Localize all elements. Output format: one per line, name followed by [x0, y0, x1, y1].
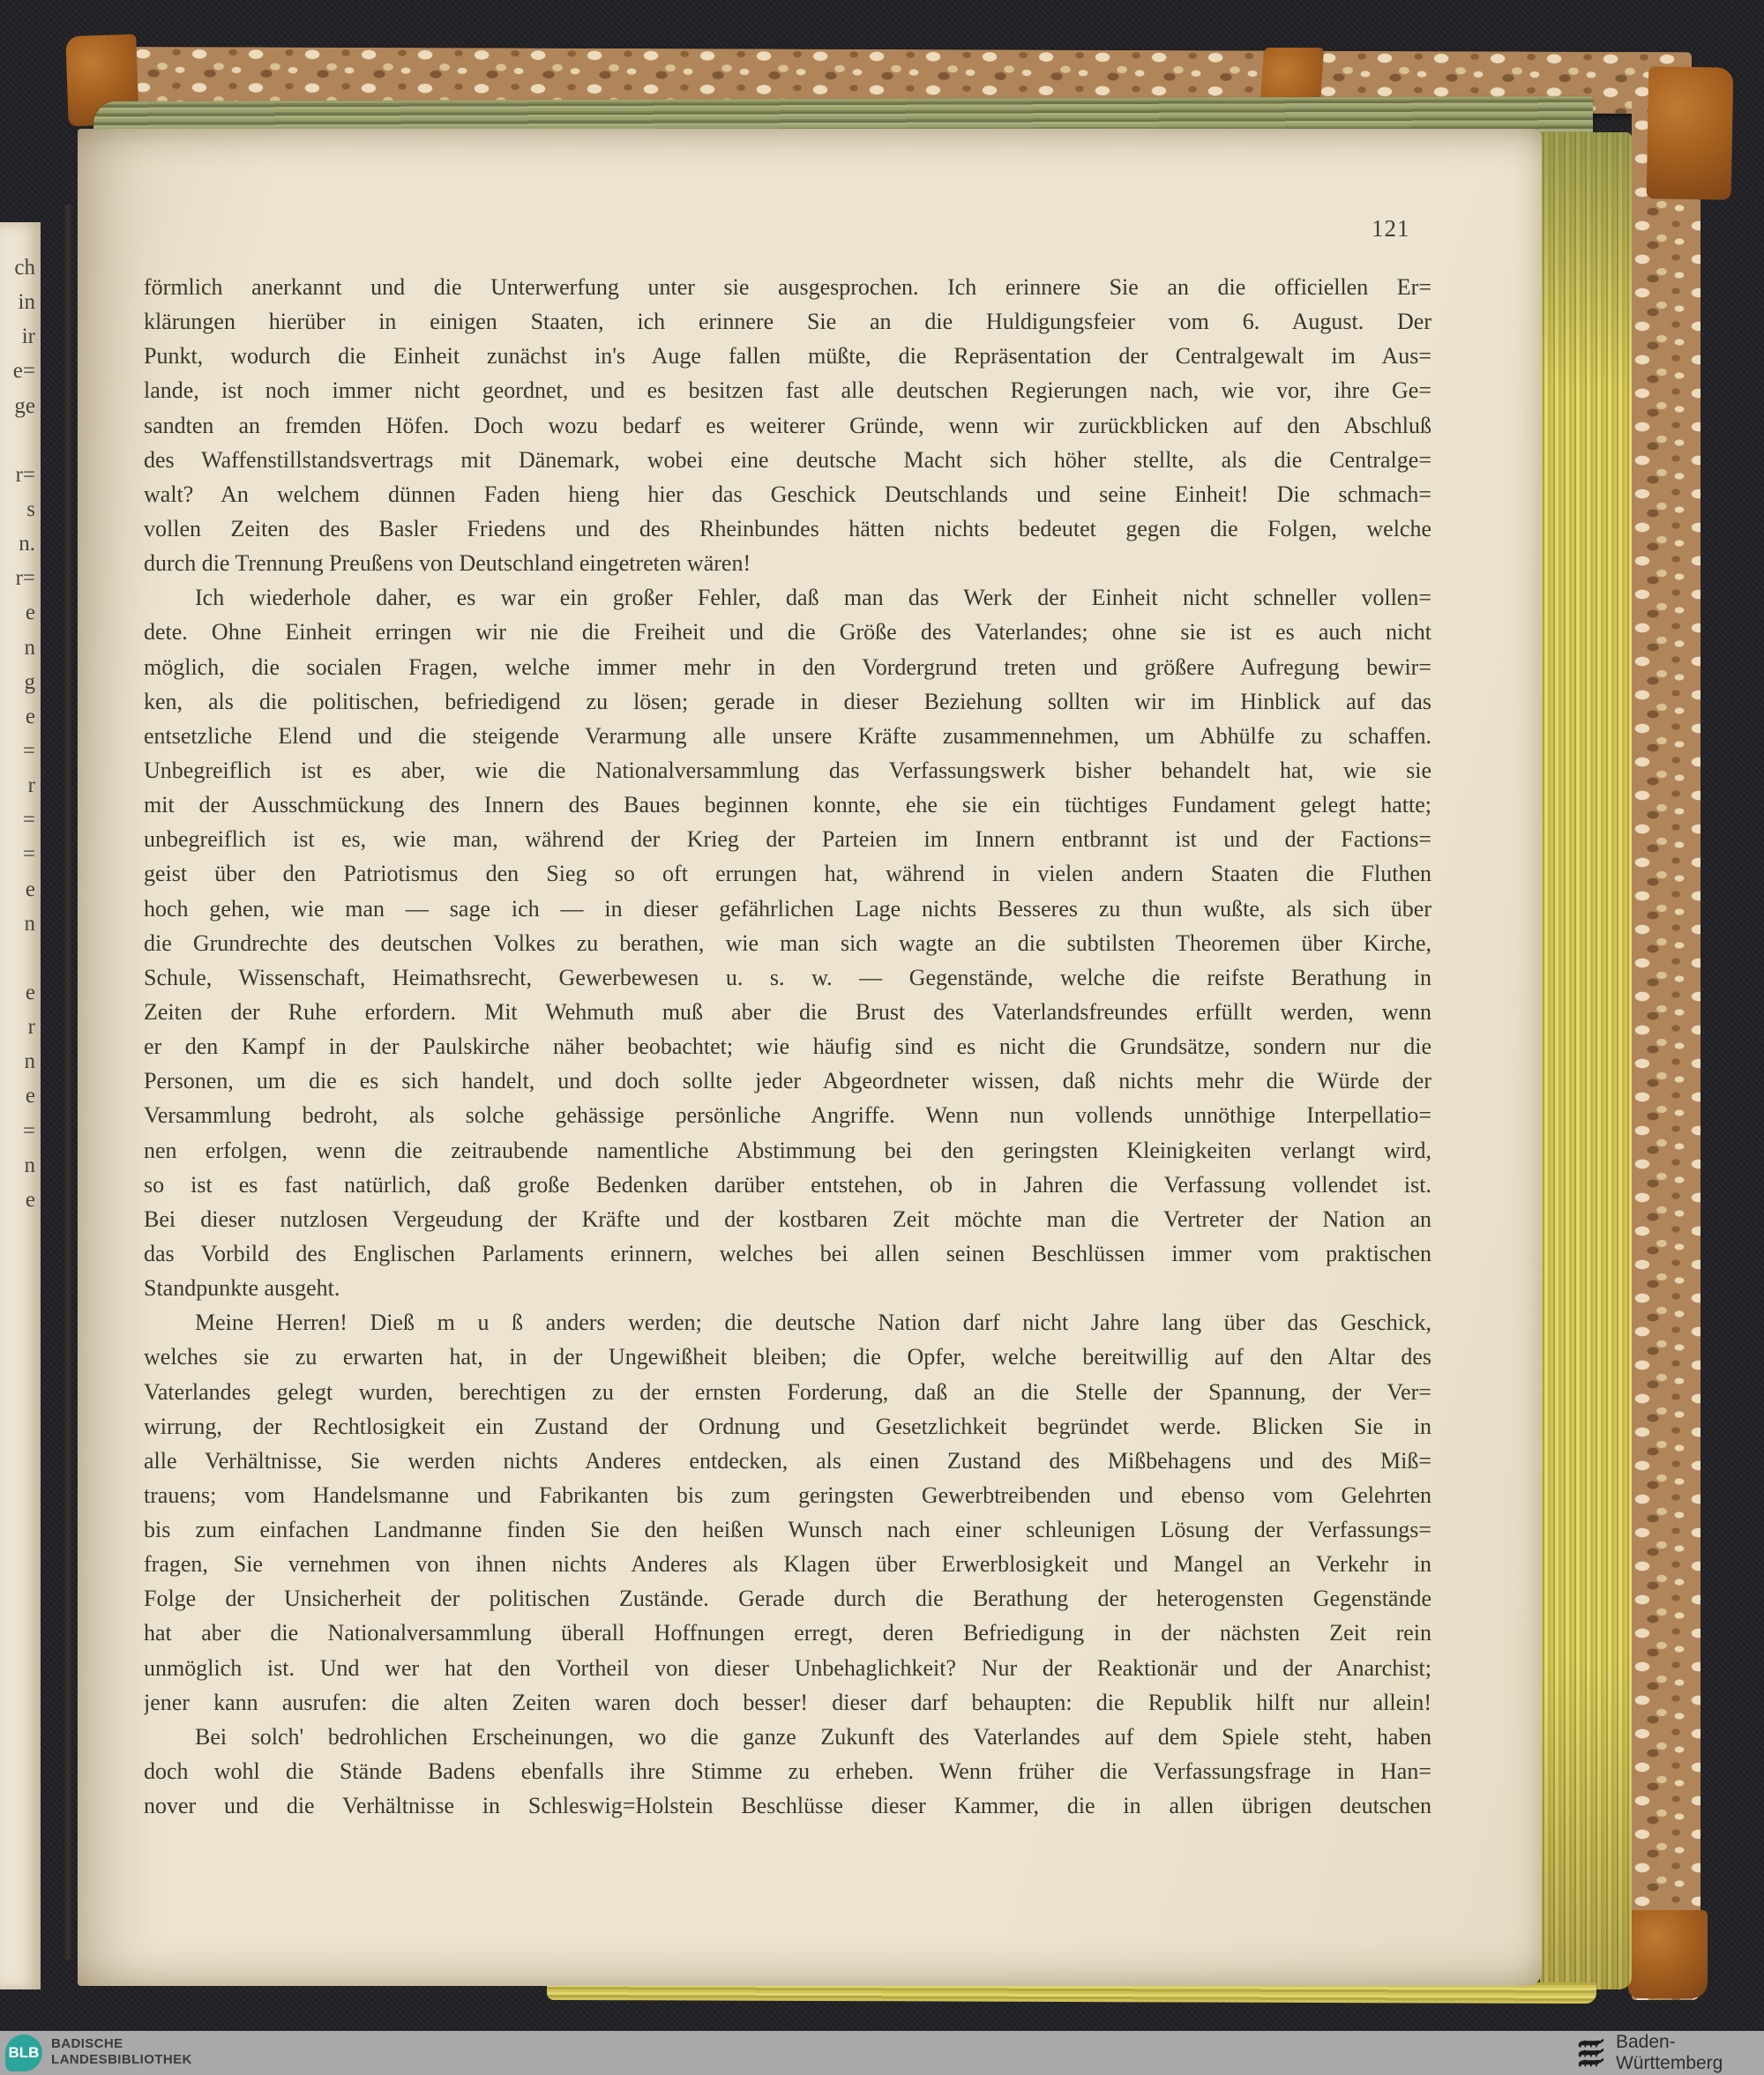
page-edges-fore-edge [1540, 132, 1632, 1989]
text-line: Versammlung bedroht, als solche gehässig… [144, 1098, 1431, 1132]
text-line: ken, als die politischen, befriedigend z… [144, 684, 1431, 719]
text-line: so ist es fast natürlich, daß große Bede… [144, 1168, 1431, 1202]
left-page-fragment: e [0, 975, 35, 1010]
text-line: Vaterlandes gelegt wurden, berechtigen z… [144, 1375, 1431, 1409]
left-page-fragment: ch [0, 250, 35, 285]
left-page-fragment: in [0, 285, 35, 319]
left-page-fragment [0, 1217, 35, 1251]
text-line: klärungen hierüber in einigen Staaten, i… [144, 304, 1431, 339]
watermark-band: BLB BADISCHE LANDESBIBLIOTHEK Baden-Würt… [0, 2031, 1764, 2075]
text-line: dete. Ohne Einheit erringen wir nie die … [144, 615, 1431, 649]
left-page-fragment: n [0, 1148, 35, 1183]
left-page-fragment: ge [0, 389, 35, 423]
text-line: welches sie zu erwarten hat, in der Unge… [144, 1340, 1431, 1374]
blb-logo-icon: BLB [5, 2034, 42, 2071]
left-page-fragment: e [0, 872, 35, 907]
text-line: unbegreiflich ist es, wie man, während d… [144, 822, 1431, 856]
state-watermark: Baden-Württemberg [1577, 2033, 1764, 2073]
text-line: durch die Trennung Preußens von Deutschl… [144, 546, 1431, 580]
text-line: bis zum einfachen Landmanne finden Sie d… [144, 1512, 1431, 1547]
text-line: Ich wiederhole daher, es war ein großer … [144, 580, 1431, 615]
text-line: mit der Ausschmückung des Innern des Bau… [144, 787, 1431, 822]
text-line: alle Verhältnisse, Sie werden nichts And… [144, 1444, 1431, 1478]
text-line: Bei dieser nutzlosen Vergeudung der Kräf… [144, 1202, 1431, 1236]
text-line: wirrung, der Rechtlosigkeit ein Zustand … [144, 1409, 1431, 1444]
left-page-fragment: ir [0, 319, 35, 354]
left-page-fragment: e= [0, 354, 35, 388]
text-line: unmöglich ist. Und wer hat den Vortheil … [144, 1651, 1431, 1685]
text-line: lande, ist noch immer nicht geordnet, un… [144, 373, 1431, 407]
text-line: möglich, die socialen Fragen, welche imm… [144, 650, 1431, 684]
left-page-fragment: r= [0, 458, 35, 492]
text-line: Personen, um die es sich handelt, und do… [144, 1064, 1431, 1098]
text-line: Folge der Unsicherheit der politischen Z… [144, 1581, 1431, 1616]
text-line: vollen Zeiten des Basler Friedens und de… [144, 511, 1431, 546]
left-page-fragment: r= [0, 561, 35, 595]
left-page-fragment: s [0, 492, 35, 526]
left-page-fragment: r [0, 1010, 35, 1044]
text-line: Meine Herren! Dieß m u ß anders werden; … [144, 1305, 1431, 1340]
library-name-line2: LANDESBIBLIOTHEK [51, 2052, 192, 2068]
text-line: Unbegreiflich ist es aber, wie die Natio… [144, 753, 1431, 787]
text-line: das Vorbild des Englischen Parlaments er… [144, 1236, 1431, 1271]
text-line: des Waffenstillstandsvertrags mit Dänema… [144, 443, 1431, 477]
text-line: förmlich anerkannt und die Unterwerfung … [144, 270, 1431, 304]
left-page-fragment [0, 941, 35, 975]
text-line: geist über den Patriotismus den Sieg so … [144, 856, 1431, 891]
left-page-fragment: e [0, 699, 35, 734]
left-page-fragment [0, 423, 35, 458]
left-page-fragment: n [0, 1044, 35, 1079]
gutter-crease [64, 205, 72, 1959]
left-page-fragment: n. [0, 526, 35, 561]
text-line: er den Kampf in der Paulskirche näher be… [144, 1029, 1431, 1064]
left-page-fragments: chinire=ger=sn.r=enge=r==enerne=ne [0, 250, 46, 1286]
text-line: doch wohl die Stände Badens ebenfalls ih… [144, 1754, 1431, 1788]
left-page-fragment: e [0, 1183, 35, 1217]
leather-corner-right-top [1647, 66, 1734, 200]
text-line: hat aber die Nationalversammlung überall… [144, 1616, 1431, 1650]
book-page: 121 förmlich anerkannt und die Unterwerf… [78, 129, 1542, 1986]
text-line: entsetzliche Elend und die steigende Ver… [144, 719, 1431, 753]
left-page-fragment: n [0, 631, 35, 665]
left-page-fragment: e [0, 1079, 35, 1113]
right-marbled-board-edge [1632, 85, 1700, 2000]
page-number: 121 [1372, 215, 1410, 243]
leather-corner-right-bottom [1628, 1910, 1708, 1998]
left-page-fragment: g [0, 665, 35, 699]
text-line: nover und die Verhältnisse in Schleswig=… [144, 1788, 1431, 1823]
text-line: die Grundrechte des deutschen Volkes zu … [144, 926, 1431, 960]
text-line: Schule, Wissenschaft, Heimathsrecht, Gew… [144, 960, 1431, 995]
left-page-fragment: e [0, 595, 35, 630]
left-page-fragment: = [0, 734, 35, 768]
text-line: hoch gehen, wie man — sage ich — in dies… [144, 892, 1431, 926]
text-line: sandten an fremden Höfen. Doch wozu beda… [144, 408, 1431, 443]
left-page-fragment: = [0, 802, 35, 837]
text-line: Punkt, wodurch die Einheit zunächst in's… [144, 339, 1431, 373]
text-line: Standpunkte ausgeht. [144, 1271, 1431, 1305]
library-name-line1: BADISCHE [51, 2036, 192, 2052]
text-line: fragen, Sie vernehmen von ihnen nichts A… [144, 1547, 1431, 1581]
state-label: Baden-Württemberg [1616, 2032, 1764, 2074]
left-page-fragment [0, 1251, 35, 1286]
left-page-fragment: r [0, 768, 35, 802]
text-line: Bei solch' bedrohlichen Erscheinungen, w… [144, 1720, 1431, 1754]
text-line: walt? An welchem dünnen Faden hieng hier… [144, 477, 1431, 511]
page-text: förmlich anerkannt und die Unterwerfung … [144, 270, 1431, 1823]
left-page-sliver: chinire=ger=sn.r=enge=r==enerne=ne [0, 222, 41, 1989]
left-page-fragment: = [0, 837, 35, 871]
library-name: BADISCHE LANDESBIBLIOTHEK [51, 2036, 192, 2068]
left-page-fragment: = [0, 1114, 35, 1148]
baden-wuerttemberg-lions-icon [1577, 2033, 1605, 2073]
left-page-fragment: n [0, 907, 35, 941]
text-line: Zeiten der Ruhe erfordern. Mit Wehmuth m… [144, 995, 1431, 1029]
text-line: nen erfolgen, wenn die zeitraubende name… [144, 1133, 1431, 1168]
text-line: trauens; vom Handelsmanne und Fabrikante… [144, 1478, 1431, 1512]
book-photo: chinire=ger=sn.r=enge=r==enerne=ne 121 f… [0, 0, 1764, 2075]
text-line: jener kann ausrufen: die alten Zeiten wa… [144, 1685, 1431, 1720]
